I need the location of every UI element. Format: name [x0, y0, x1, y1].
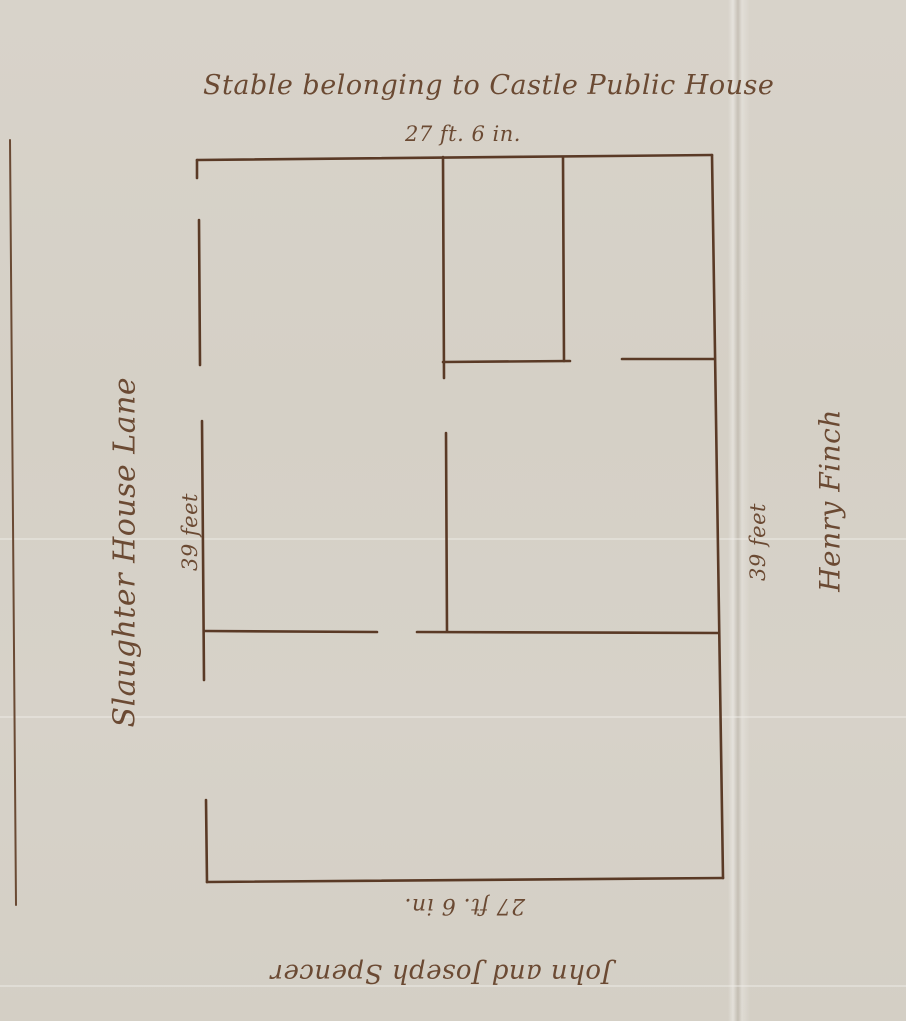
right-owner-label: Henry Finch	[814, 391, 847, 611]
right-dimension: 39 feet	[746, 487, 770, 597]
bottom-wall	[207, 878, 723, 882]
top-dimension: 27 ft. 6 in.	[405, 122, 521, 146]
left-wall-middle	[202, 421, 204, 680]
inner-wall-f	[205, 631, 377, 632]
bottom-dimension: 27 ft. 6 in.	[404, 893, 525, 918]
left-dimension: 39 feet	[178, 477, 202, 587]
margin-line	[10, 140, 16, 905]
top-wall	[197, 155, 712, 160]
bottom-owner: John and Joseph Spencer	[270, 958, 612, 988]
inner-wall-g	[417, 632, 719, 633]
right-wall	[712, 155, 723, 878]
left-wall-lower	[206, 800, 207, 882]
inner-wall-a	[443, 157, 444, 378]
inner-wall-e	[446, 433, 447, 631]
inner-wall-b	[563, 157, 564, 361]
document-page: Stable belonging to Castle Public House …	[0, 0, 906, 1021]
top-title: Stable belonging to Castle Public House	[203, 70, 774, 101]
left-wall-upper	[199, 220, 200, 365]
left-street-label: Slaughter House Lane	[108, 388, 143, 728]
inner-wall-c	[443, 361, 570, 362]
